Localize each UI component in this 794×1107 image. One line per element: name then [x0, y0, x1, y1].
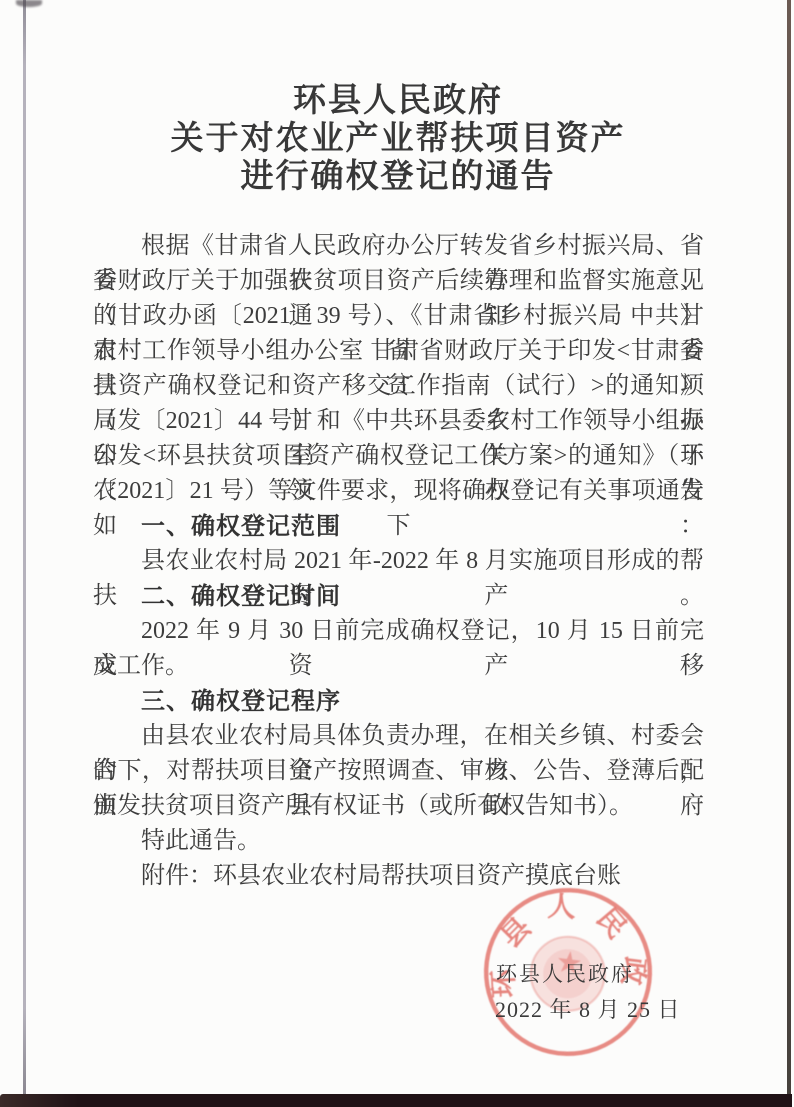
title-line-1: 环县人民政府 [92, 82, 704, 120]
body-line: 合下，对帮扶项目资产按照调查、审核、公告、登薄后，由县政府 [93, 754, 704, 789]
body-line: 农村工作领导小组办公室 甘肃省财政厅关于印发<甘肃省扶贫项 [93, 334, 704, 369]
signature-date: 2022 年 8 月 25 日 [495, 993, 681, 1024]
body-line: （甘政办函〔2021〕39 号）、《甘肃省乡村振兴局 中共甘肃省委 [93, 299, 704, 334]
body-line: 〔2021〕21 号）等文件要求，现将确权登记有关事项通告如下： [93, 474, 704, 509]
body-line: 根据《甘肃省人民政府办公厅转发省乡村振兴局、省委农办、 [93, 229, 704, 264]
body-line: 目资产确权登记和资产移交工作指南（试行）>的通知》（甘乡振 [93, 369, 704, 404]
body-line: 省财政厅关于加强扶贫项目资产后续管理和监督实施意见的通知》 [93, 264, 704, 299]
scan-edge-left-line [23, 0, 26, 1096]
scan-edge-bottom-band [0, 1094, 792, 1107]
body-line: 2022 年 9 月 30 日前完成确权登记，10 月 15 日前完成资产移 [93, 614, 704, 649]
document-body: 根据《甘肃省人民政府办公厅转发省乡村振兴局、省委农办、省财政厅关于加强扶贫项目资… [93, 229, 704, 894]
scan-edge-right-line [787, 0, 791, 1098]
body-line: 印发<环县扶贫项目资产确权登记工作方案>的通知》（环农领办发 [93, 439, 704, 474]
title-line-3: 进行确权登记的通告 [92, 158, 704, 196]
body-line: 颁发扶贫项目资产所有权证书（或所有权告知书）。 [93, 789, 704, 824]
title-line-2: 关于对农业产业帮扶项目资产 [92, 120, 704, 158]
document-title: 环县人民政府 关于对农业产业帮扶项目资产 进行确权登记的通告 [92, 82, 704, 196]
body-line: 县农业农村局 2021 年-2022 年 8 月实施项目形成的帮扶资产。 [93, 544, 704, 579]
body-line: 局发〔2021〕44 号）和《中共环县委农村工作领导小组办公室关于 [93, 404, 704, 439]
body-line: 由县农业农村局具体负责办理，在相关乡镇、村委会的全力配 [93, 719, 704, 754]
scan-smudge [16, 0, 42, 7]
section-heading: 三、确权登记程序 [93, 684, 704, 719]
scanned-page: 环县人民政府 关于对农业产业帮扶项目资产 进行确权登记的通告 根据《甘肃省人民政… [0, 0, 794, 1107]
signature-organization: 环县人民政府 [496, 958, 634, 988]
body-line: 特此通告。 [93, 824, 704, 859]
